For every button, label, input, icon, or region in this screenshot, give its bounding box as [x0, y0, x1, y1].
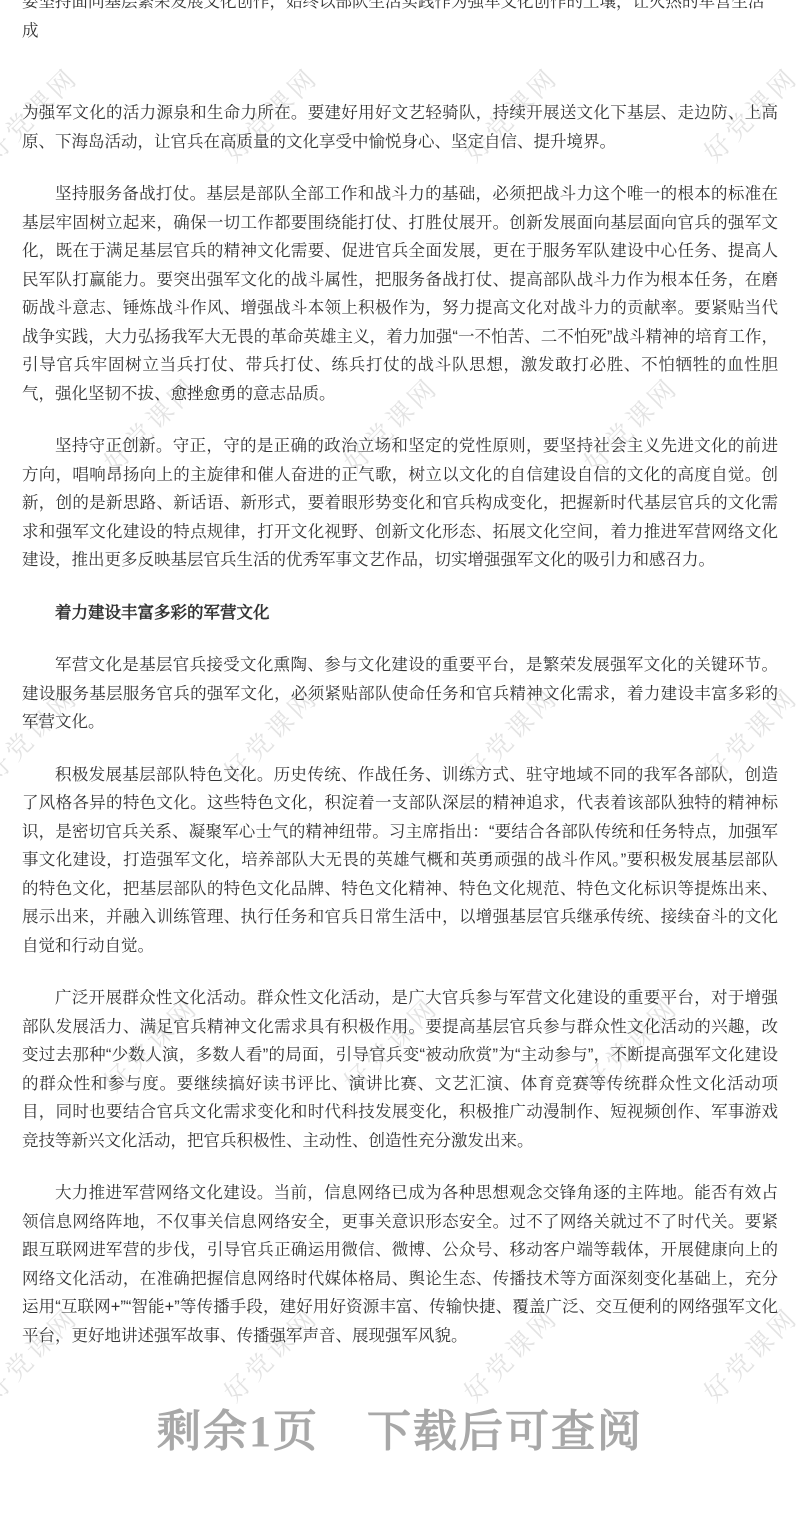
section-heading: 着力建设丰富多彩的军营文化: [22, 599, 778, 628]
document-preview-page: { "watermark": { "text": "好党课网" }, "foot…: [0, 0, 800, 1514]
page-cut-line: 要坚持面向基层繁荣发展文化创作，始终以部队生活实践作为强军文化创作的土壤，让火热…: [22, 0, 778, 45]
paragraph: 广泛开展群众性文化活动。群众性文化活动，是广大官兵参与军营文化建设的重要平台，对…: [22, 984, 778, 1155]
remaining-pages-hint: 剩余1页下载后可查阅: [0, 1406, 800, 1459]
paragraph: 坚持服务备战打仗。基层是部队全部工作和战斗力的基础，必须把战斗力这个唯一的根本的…: [22, 180, 778, 408]
paragraph: 积极发展基层部队特色文化。历史传统、作战任务、训练方式、驻守地域不同的我军各部队…: [22, 761, 778, 961]
document-body: 要坚持面向基层繁荣发展文化创作，始终以部队生活实践作为强军文化创作的土壤，让火热…: [0, 0, 800, 1350]
paragraph: 为强军文化的活力源泉和生命力所在。要建好用好文艺轻骑队，持续开展送文化下基层、走…: [22, 99, 778, 156]
download-hint-label: 下载后可查阅: [367, 1407, 643, 1456]
document-text-blocks: 要坚持面向基层繁荣发展文化创作，始终以部队生活实践作为强军文化创作的土壤，让火热…: [22, 0, 778, 1350]
paragraph: 军营文化是基层官兵接受文化熏陶、参与文化建设的重要平台，是繁荣发展强军文化的关键…: [22, 651, 778, 737]
paragraph: 大力推进军营网络文化建设。当前，信息网络已成为各种思想观念交锋角逐的主阵地。能否…: [22, 1179, 778, 1350]
remaining-pages-label: 剩余1页: [157, 1407, 319, 1456]
paragraph: 坚持守正创新。守正，守的是正确的政治立场和坚定的党性原则，要坚持社会主义先进文化…: [22, 432, 778, 575]
